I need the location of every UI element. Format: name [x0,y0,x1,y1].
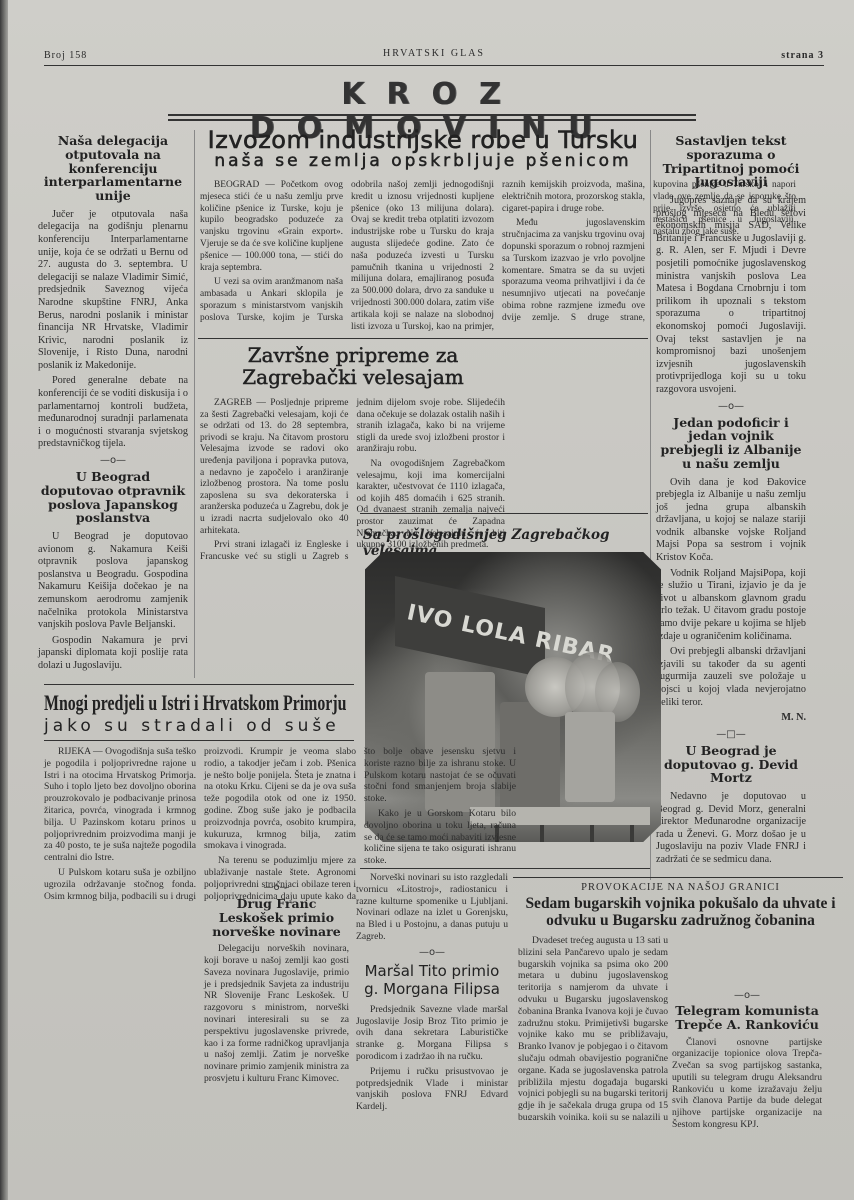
newspaper-page: Broj 158 HRVATSKI GLAS strana 3 KROZ DOM… [8,0,854,1200]
article-paragraph: Ovih dana je kod Đakovice prebjegla iz A… [656,477,806,565]
article-kicker: PROVOKACIJE NA NAŠOJ GRANICI [513,882,848,893]
article-headline: Sedam bugarskih vojnika pokušalo da uhva… [513,895,848,929]
banner-rule [168,119,696,121]
article-headline: Maršal Tito primio g. Morgana Filipsa [356,962,508,998]
article-subheadline: naša se zemlja opskrbljuje pšenicom [198,153,648,171]
separator-ornament: —□— [656,729,806,740]
article-headline: U Beograd je doputovao g. Devid Mortz [656,744,806,785]
article-headline: U Beograd doputovao otpravnik poslova Ja… [38,470,188,525]
page-number: strana 3 [781,50,824,61]
article-paragraph: Prijemu i ručku prisustvovao je potpreds… [356,1066,508,1113]
article-bulgaria: PROVOKACIJE NA NAŠOJ GRANICI Sedam bugar… [513,882,848,929]
article-paragraph: U Beograd je doputovao avionom g. Nakamu… [38,531,188,632]
article-paragraph: Delegaciju norveških novinara, koji bora… [204,943,349,1085]
article-headline: Izvozom industrijske robe u Tursku [198,128,648,153]
article-delegation: Naša delegacija otputovala na konferenci… [38,134,188,676]
section-rule [360,868,650,869]
section-banner: KROZ DOMOVINU [158,78,706,124]
article-headline: Drug Franc Leskošek primio norveške novi… [204,897,349,938]
newspaper-title: HRVATSKI GLAS [44,48,824,59]
article-subheadline: jako su stradali od suše [44,716,354,736]
column-divider [194,130,195,678]
section-rule [360,513,648,514]
article-tripartite: Sastavljen tekst sporazuma o Tripartitno… [656,134,806,870]
article-paragraph: Vodnik Roljand MajsiPopa, koji je služio… [656,568,806,644]
article-turkey-headline: Izvozom industrijske robe u Tursku naša … [198,128,648,171]
article-headline: Telegram komunista Trepče A. Rankoviću [672,1004,822,1032]
article-paragraph: RIJEKA — Ovogodišnja suša teško je pogod… [44,746,196,864]
separator-ornament: —o— [656,401,806,412]
article-paragraph: Predsjednik Savezne vlade maršal Jugosla… [356,1004,508,1063]
article-tito: Norveški novinari su isto razgledali tvo… [356,872,508,1116]
section-rule [198,338,648,339]
banner-rule [168,114,696,116]
article-headline: Mnogi predjeli u Istri i Hrvatskom Primo… [44,690,269,716]
article-turkey-body: BEOGRAD — Početkom ovog mjeseca stići će… [200,180,645,335]
section-rule [44,684,354,685]
article-paragraph: Gospodin Nakamura je prvi japanski diplo… [38,635,188,673]
article-paragraph: ZAGREB — Posljednje pripreme za šesti Za… [200,398,349,537]
masthead: Broj 158 HRVATSKI GLAS strana 3 [44,46,824,66]
article-headline: Naša delegacija otputovala na konferenci… [38,134,188,203]
article-paragraph: Kako je u Gorskom Kotaru bilo dovoljno o… [364,808,516,867]
separator-ornament: —o— [672,990,822,1001]
article-paragraph: Pored generalne debate na konferenciji ć… [38,375,188,451]
article-paragraph: Dvadeset trećeg augusta u 13 sati u bliz… [518,935,668,1120]
article-paragraph: Ovi prebjegli albanski državljani izjavi… [656,646,806,709]
article-bulgaria-body: Dvadeset trećeg augusta u 13 sati u bliz… [518,935,668,1120]
article-trepca: —o— Telegram komunista Trepče A. Rankovi… [672,990,822,1134]
article-paragraph: Jučer je otputovala naša delegacija na g… [38,209,188,373]
section-rule [513,877,843,878]
article-headline: Jedan podoficir i jedan vojnik prebjegli… [656,416,806,471]
article-paragraph: Nedavno je doputovao u Beograd g. Devid … [656,791,806,867]
article-leskosek: —o— Drug Franc Leskošek primio norveške … [204,882,349,1088]
article-headline: Završne pripreme za Zagrebački velesajam [198,344,508,388]
article-headline: Sastavljen tekst sporazuma o Tripartitno… [656,134,806,189]
article-paragraph: Jugopres saznaje da su krajem prošlog mj… [656,195,806,397]
separator-ornament: —o— [38,455,188,466]
separator-ornament: —o— [356,947,508,958]
separator-ornament: —o— [204,882,349,893]
article-paragraph: Članovi osnovne partijske organizacije t… [672,1037,822,1131]
section-rule [44,740,354,741]
article-signature: M. N. [656,712,806,725]
article-paragraph: Norveški novinari su isto razgledali tvo… [356,872,508,943]
article-paragraph: BEOGRAD — Početkom ovog mjeseca stići će… [200,180,343,274]
